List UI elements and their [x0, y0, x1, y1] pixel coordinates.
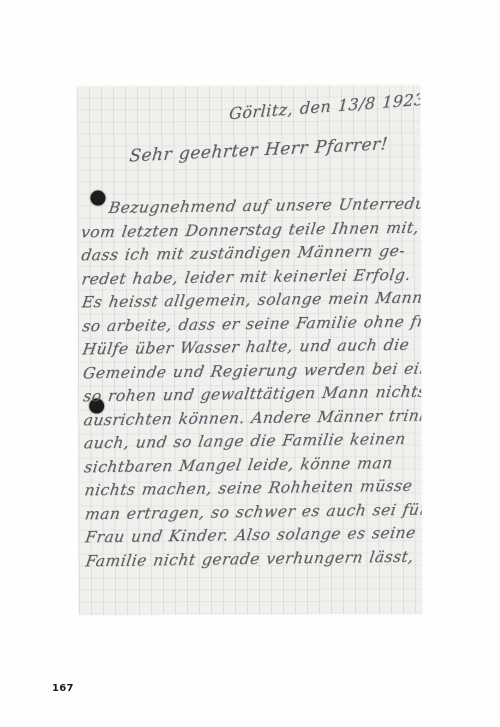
letter-salutation: Sehr geehrter Herr Pfarrer!: [128, 134, 388, 166]
page-number: 167: [52, 683, 74, 694]
letter-line: Familie nicht gerade verhungern lässt,: [84, 545, 422, 573]
book-page: Görlitz, den 13/8 1923. Sehr geehrter He…: [0, 0, 500, 727]
scanned-letter-page: Görlitz, den 13/8 1923. Sehr geehrter He…: [77, 85, 422, 614]
letter-body: Bezugnehmend auf unsere Unterredung vom …: [81, 193, 422, 574]
letter-dateline: Görlitz, den 13/8 1923.: [229, 89, 422, 123]
